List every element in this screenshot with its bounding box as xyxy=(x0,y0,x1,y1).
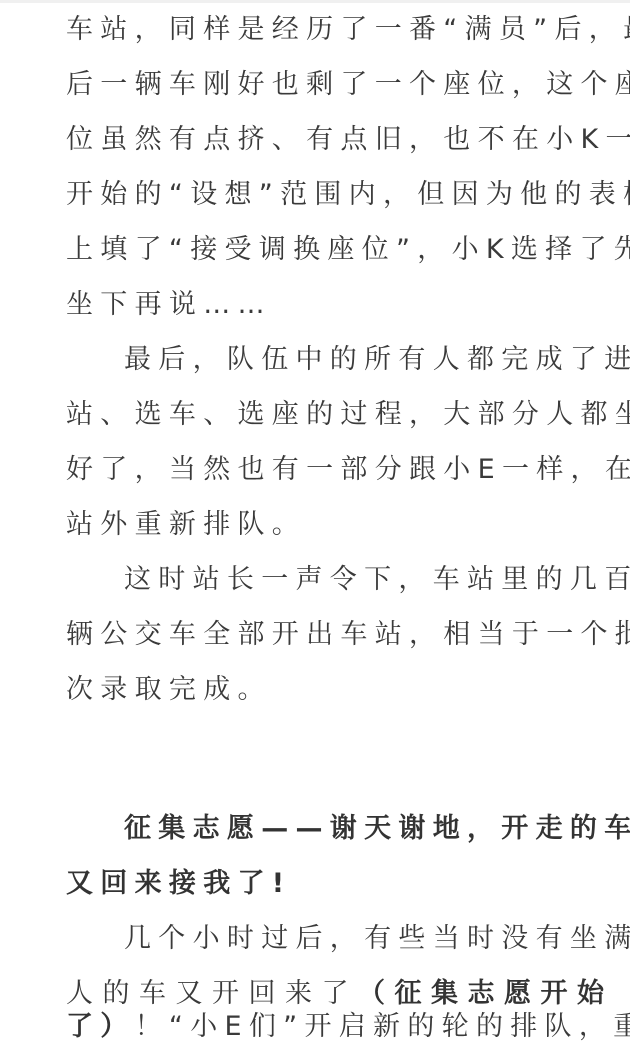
paragraph-line: 站外重新排队。 xyxy=(66,505,306,545)
emphasis-text: （征集志愿开始 xyxy=(358,978,614,1009)
paragraph-line: 坐下再说…… xyxy=(66,285,272,325)
paragraph-line: 上填了“接受调换座位”，小K选择了先 xyxy=(66,230,630,270)
paragraph-line: 开始的“设想”范围内，但因为他的表格 xyxy=(66,175,630,215)
paragraph-line: 这时站长一声令下，车站里的几百 xyxy=(124,560,630,600)
paragraph-line: 好了，当然也有一部分跟小E一样，在 xyxy=(66,450,630,490)
paragraph-line: 位虽然有点挤、有点旧，也不在小K一 xyxy=(66,120,630,160)
section-heading: 又回来接我了! xyxy=(66,864,291,904)
section-heading: 征集志愿——谢天谢地，开走的车 xyxy=(124,809,630,849)
paragraph-line: 几个小时过后，有些当时没有坐满 xyxy=(124,919,630,959)
paragraph-line: 后一辆车刚好也剩了一个座位，这个座 xyxy=(66,65,630,105)
paragraph-text: ！“小E们”开启新的轮的排队，重 xyxy=(135,1011,630,1042)
paragraph-line: 次录取完成。 xyxy=(66,670,272,710)
paragraph-text: 人的车又开回来了 xyxy=(66,978,358,1009)
emphasis-text: 了） xyxy=(66,1011,135,1042)
paragraph-line: 了）！“小E们”开启新的轮的排队，重 xyxy=(66,1007,630,1047)
paragraph-line: 站、选车、选座的过程，大部分人都坐 xyxy=(66,395,630,435)
paragraph-line: 最后，队伍中的所有人都完成了进 xyxy=(124,340,630,380)
paragraph-line: 辆公交车全部开出车站，相当于一个批 xyxy=(66,615,630,655)
paragraph-line: 车站，同样是经历了一番“满员”后，最 xyxy=(66,10,630,50)
top-divider xyxy=(0,0,630,3)
